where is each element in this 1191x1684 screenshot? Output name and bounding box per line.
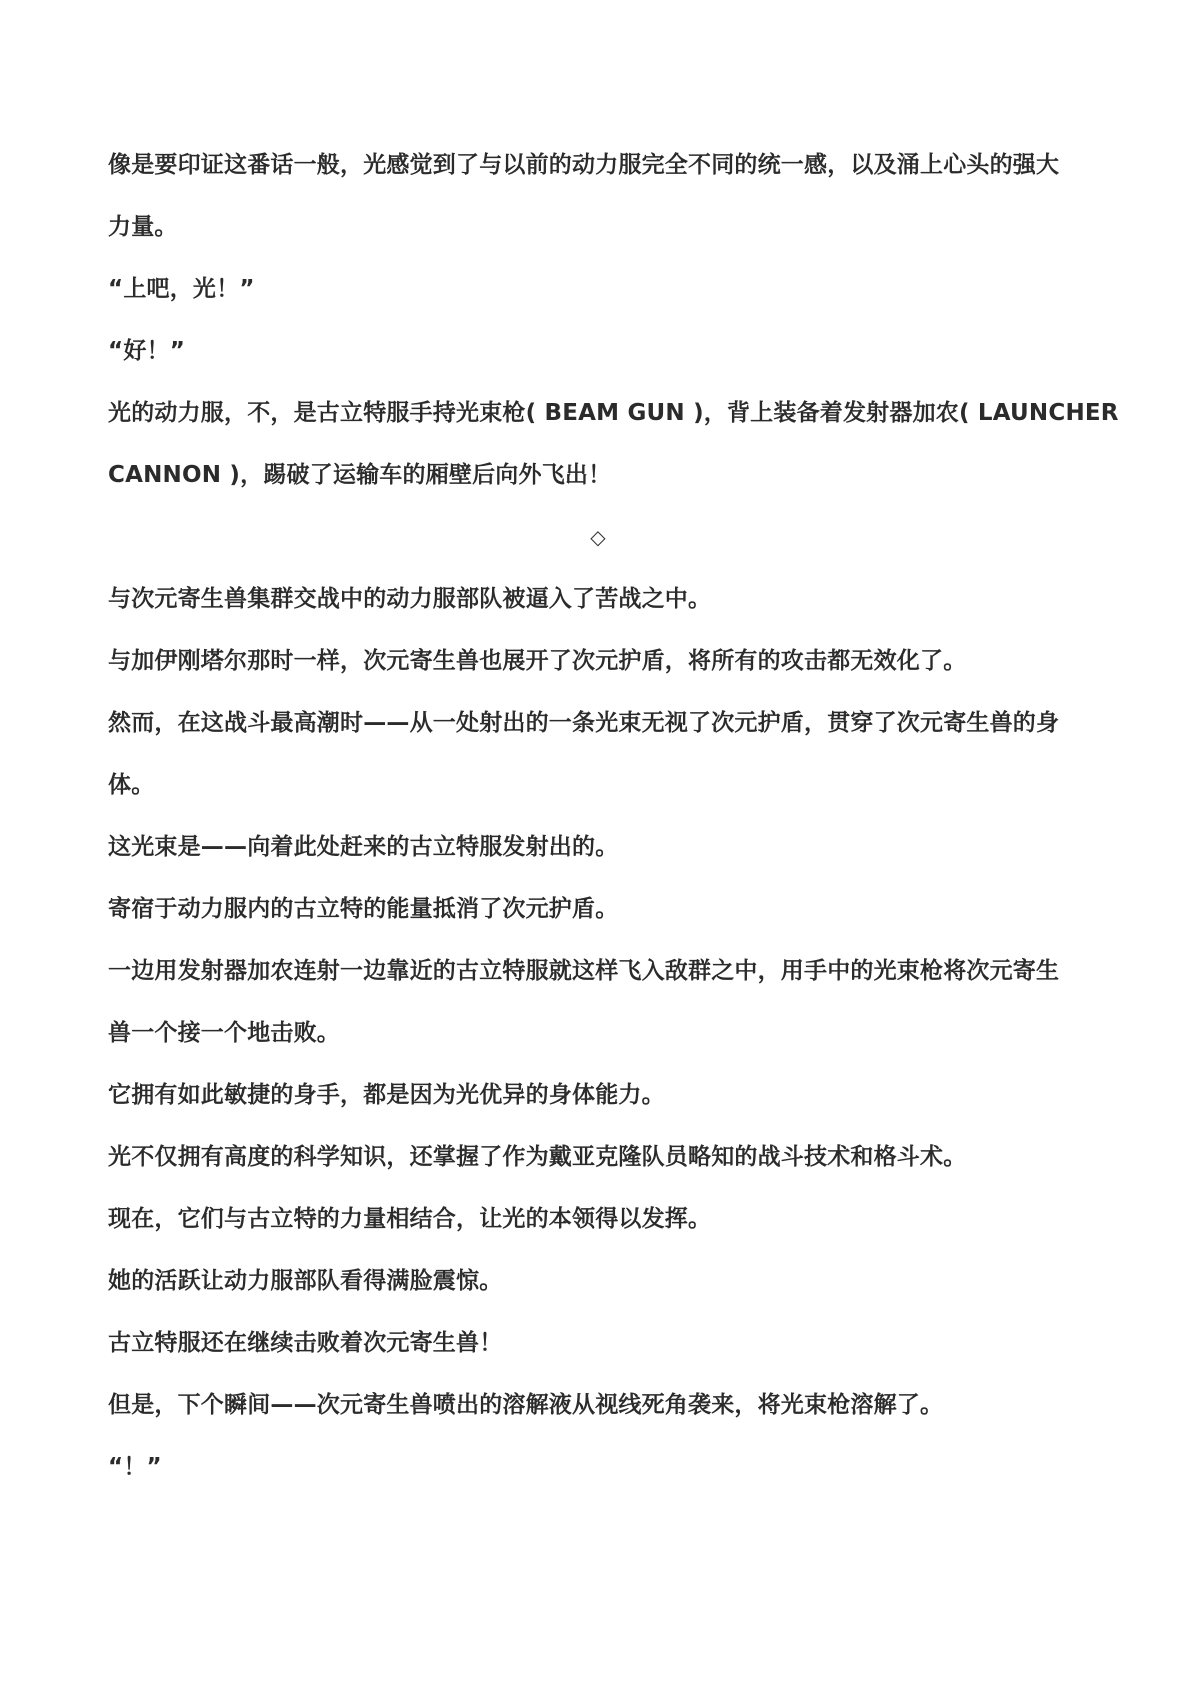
- paragraph-line: 一边用发射器加农连射一边靠近的古立特服就这样飞入敌群之中，用手中的光束枪将次元寄…: [108, 956, 1059, 986]
- paragraph-line: 像是要印证这番话一般，光感觉到了与以前的动力服完全不同的统一感，以及涌上心头的强…: [108, 150, 1059, 180]
- paragraph-line: 力量。: [108, 212, 178, 242]
- paragraph-line: 古立特服还在继续击败着次元寄生兽！: [108, 1328, 502, 1358]
- paragraph-line: 兽一个接一个地击败。: [108, 1018, 340, 1048]
- dialogue-line: “上吧，光！”: [108, 274, 255, 304]
- paragraph-line: CANNON )，踢破了运输车的厢壁后向外飞出！: [108, 460, 611, 490]
- paragraph-line: 但是，下个瞬间——次元寄生兽喷出的溶解液从视线死角袭来，将光束枪溶解了。: [108, 1390, 943, 1420]
- paragraph-line: 然而，在这战斗最高潮时——从一处射出的一条光束无视了次元护盾，贯穿了次元寄生兽的…: [108, 708, 1059, 738]
- paragraph-line: 现在，它们与古立特的力量相结合，让光的本领得以发挥。: [108, 1204, 711, 1234]
- paragraph-line: 与次元寄生兽集群交战中的动力服部队被逼入了苦战之中。: [108, 584, 711, 614]
- paragraph-line: 寄宿于动力服内的古立特的能量抵消了次元护盾。: [108, 894, 618, 924]
- dialogue-line: “好！”: [108, 336, 185, 366]
- paragraph-line: 光的动力服，不，是古立特服手持光束枪( BEAM GUN )，背上装备着发射器加…: [108, 398, 1119, 428]
- dialogue-line: “！”: [108, 1452, 162, 1482]
- section-separator-diamond-icon: ◇: [108, 522, 1088, 552]
- paragraph-line: 它拥有如此敏捷的身手，都是因为光优异的身体能力。: [108, 1080, 665, 1110]
- paragraph-line: 体。: [108, 770, 154, 800]
- paragraph-line: 这光束是——向着此处赶来的古立特服发射出的。: [108, 832, 618, 862]
- paragraph-line: 光不仅拥有高度的科学知识，还掌握了作为戴亚克隆队员略知的战斗技术和格斗术。: [108, 1142, 966, 1172]
- paragraph-line: 与加伊刚塔尔那时一样，次元寄生兽也展开了次元护盾，将所有的攻击都无效化了。: [108, 646, 966, 676]
- paragraph-line: 她的活跃让动力服部队看得满脸震惊。: [108, 1266, 502, 1296]
